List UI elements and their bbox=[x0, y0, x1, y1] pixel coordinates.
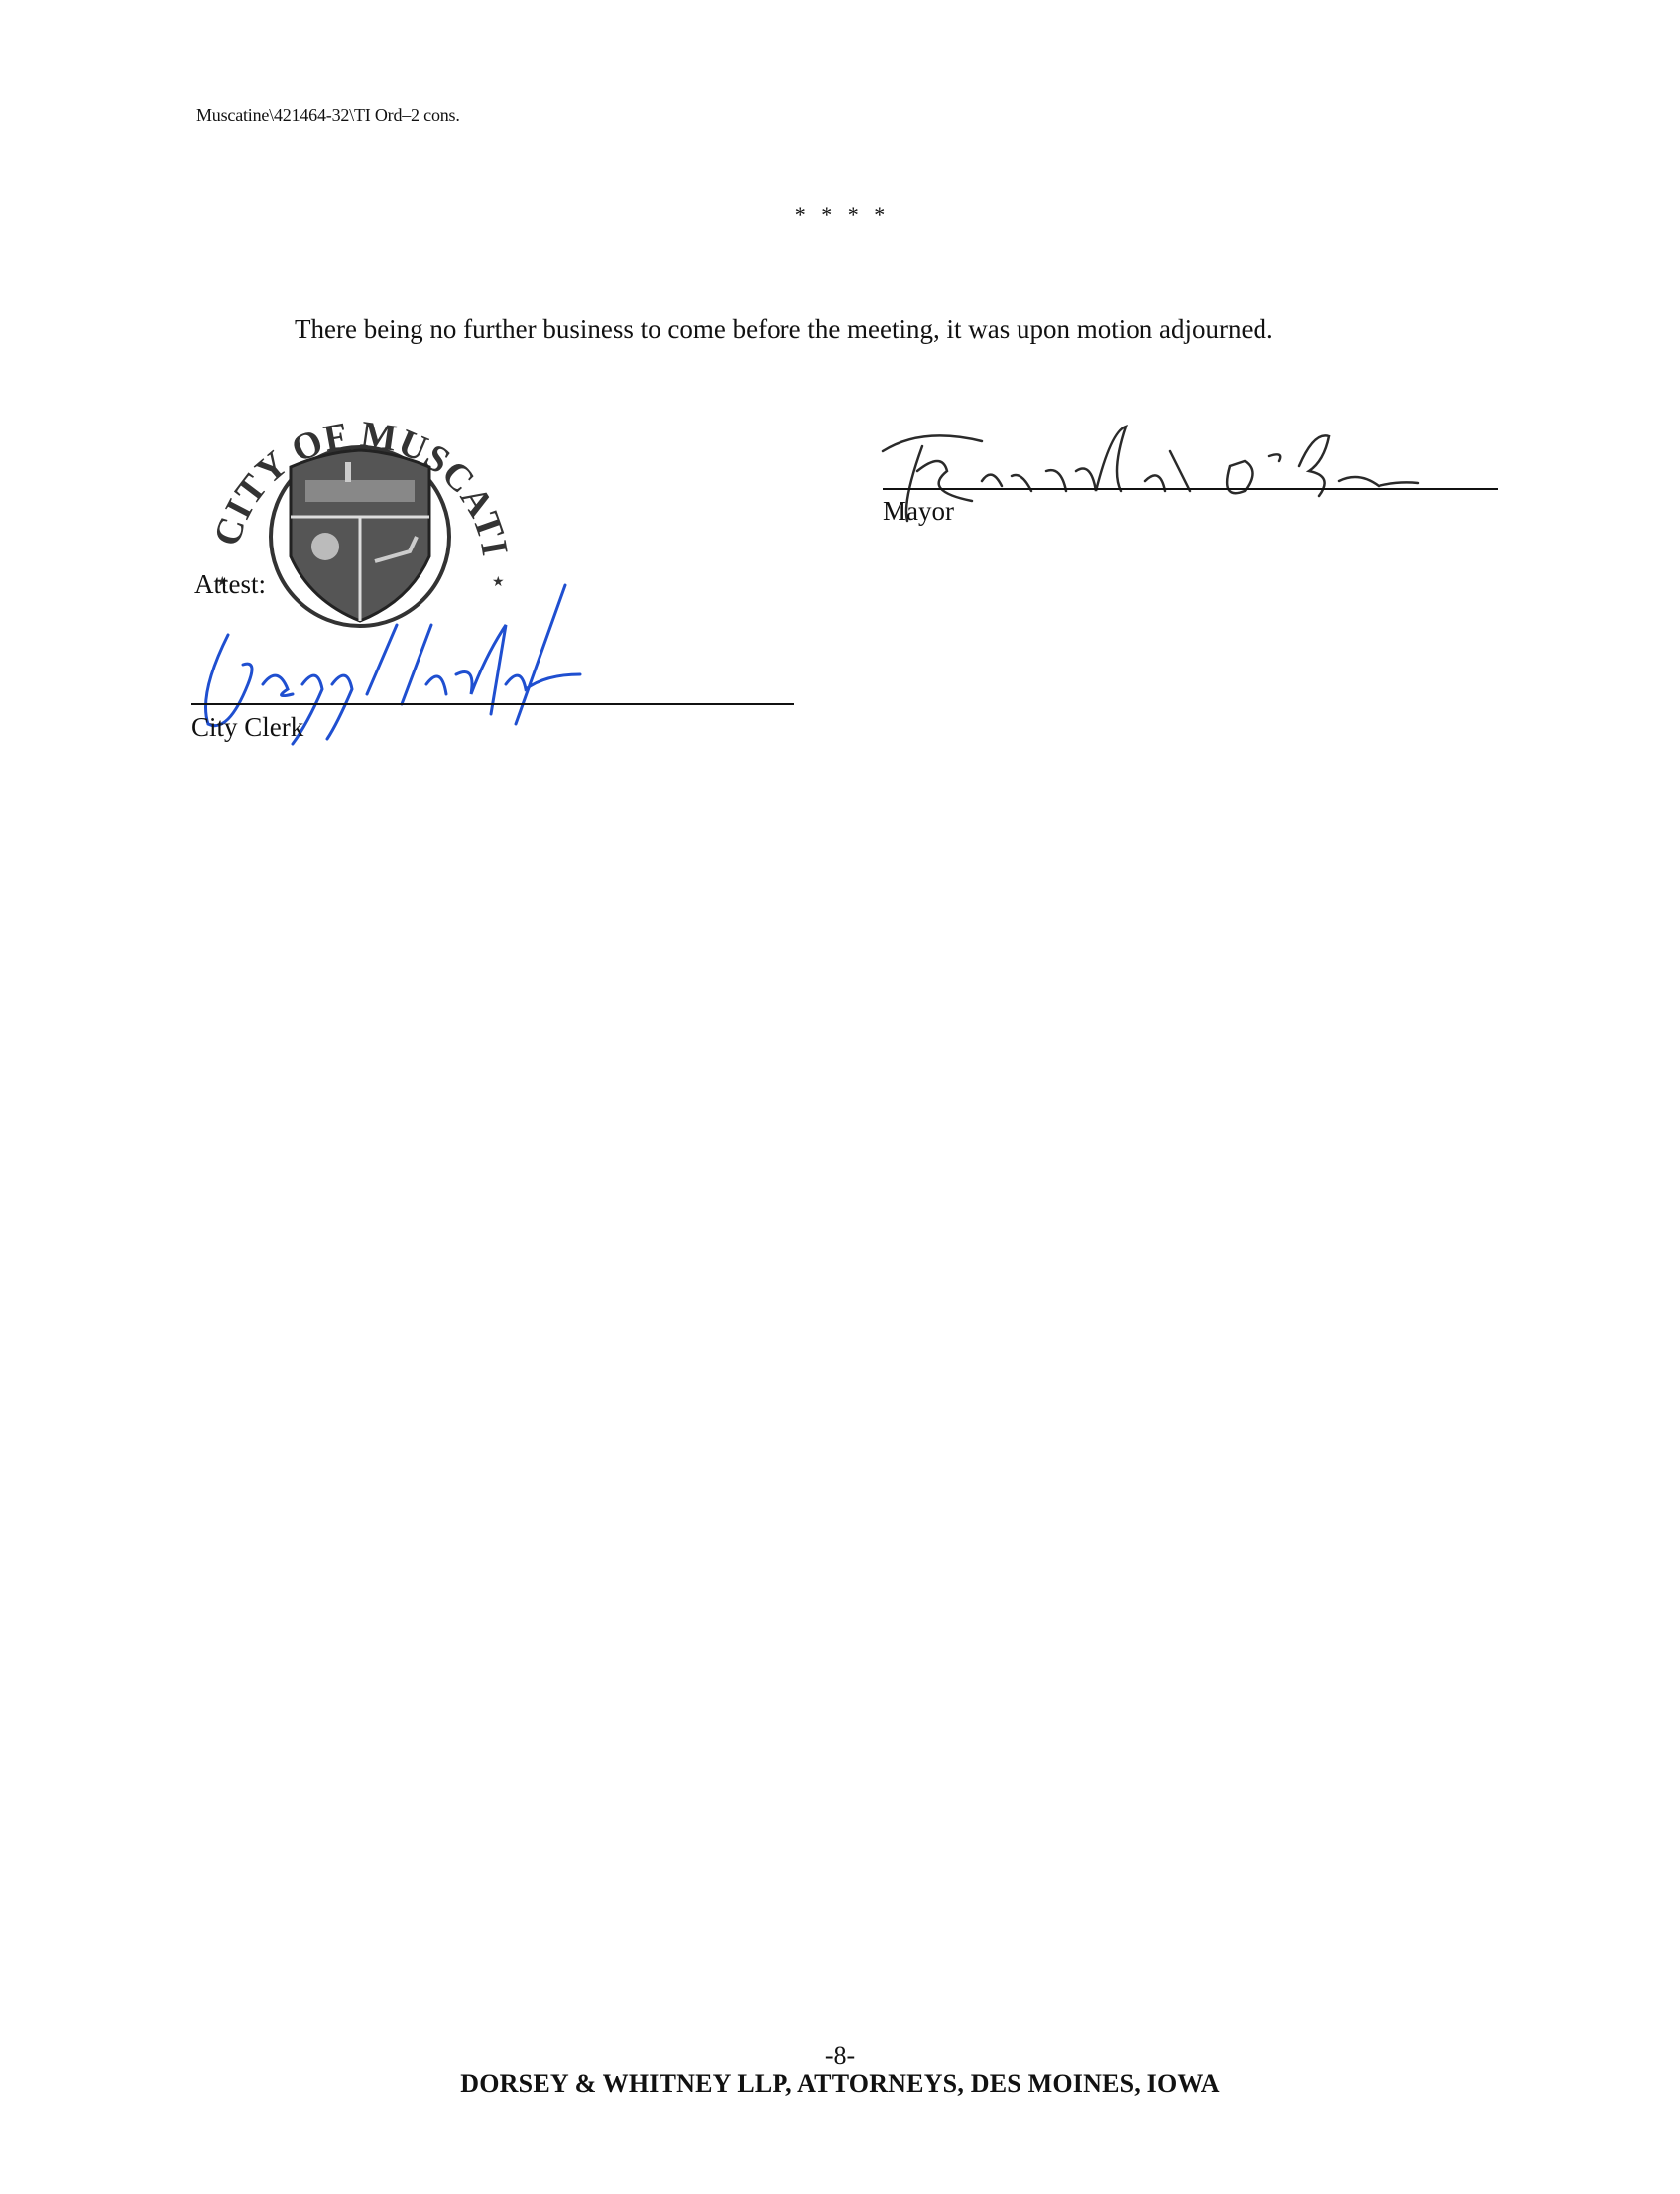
mayor-label: Mayor bbox=[883, 496, 954, 527]
adjournment-paragraph: There being no further business to come … bbox=[195, 311, 1495, 348]
section-separator: * * * * bbox=[0, 202, 1680, 228]
clerk-label: City Clerk bbox=[191, 712, 303, 743]
firm-footer: DORSEY & WHITNEY LLP, ATTORNEYS, DES MOI… bbox=[0, 2069, 1680, 2099]
page-number: -8- bbox=[0, 2041, 1680, 2071]
clerk-signature-line bbox=[191, 703, 794, 705]
mayor-signature-line bbox=[883, 488, 1498, 490]
adjournment-text: There being no further business to come … bbox=[295, 314, 1273, 344]
document-reference: Muscatine\421464-32\TI Ord–2 cons. bbox=[196, 105, 460, 126]
